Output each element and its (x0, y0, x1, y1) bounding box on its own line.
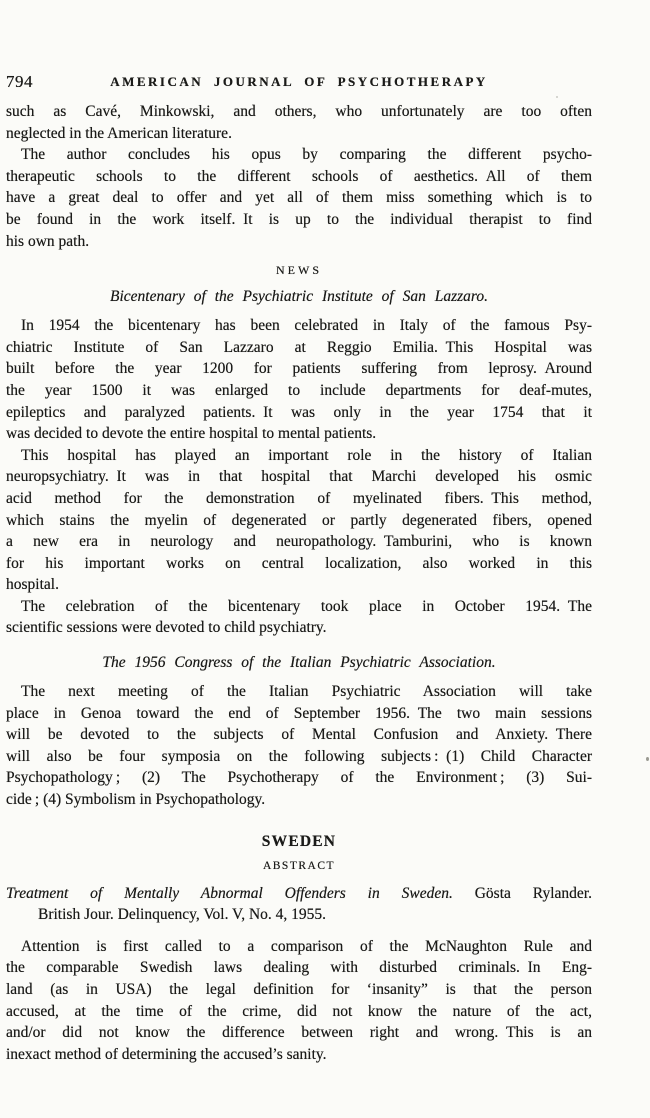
text-line: the comparable Swedish laws dealing with… (6, 957, 592, 979)
text-line: scientific sessions were devoted to chil… (6, 617, 592, 639)
text-line: epileptics and paralyzed patients. It wa… (6, 402, 592, 424)
text-line: hospital. (6, 574, 592, 596)
scan-speck (646, 757, 649, 761)
section-heading-sweden: SWEDEN (6, 831, 592, 853)
text-line: such as Cavé, Minkowski, and others, who… (6, 101, 592, 123)
text-line: The celebration of the bicentenary took … (6, 596, 592, 618)
text-line: have a great deal to offer and yet all o… (6, 187, 592, 209)
paragraph-bicentenary-2: This hospital has played an important ro… (6, 445, 592, 596)
text-line: chiatric Institute of San Lazzaro at Reg… (6, 337, 592, 359)
paragraph-author-conclusion: The author concludes his opus by compari… (6, 144, 592, 252)
reference-citation: Treatment of Mentally Abnormal Offenders… (6, 883, 592, 926)
text-line: the year 1500 it was enlarged to include… (6, 380, 592, 402)
running-head: 794 AMERICAN JOURNAL OF PSYCHOTHERAPY (6, 71, 592, 93)
text-line: his own path. (6, 231, 592, 253)
reference-line: Treatment of Mentally Abnormal Offenders… (6, 883, 592, 905)
journal-title: AMERICAN JOURNAL OF PSYCHOTHERAPY (110, 74, 488, 89)
paragraph-congress: The next meeting of the Italian Psychiat… (6, 681, 592, 811)
text-column: 794 AMERICAN JOURNAL OF PSYCHOTHERAPY su… (6, 71, 592, 1065)
paragraph-continuation: such as Cavé, Minkowski, and others, who… (6, 101, 592, 144)
article-title-bicentenary: Bicentenary of the Psychiatric Institute… (6, 286, 592, 308)
scan-speck (556, 96, 558, 98)
page-body: such as Cavé, Minkowski, and others, who… (6, 101, 592, 1065)
text-line: The next meeting of the Italian Psychiat… (6, 681, 592, 703)
page-number: 794 (6, 71, 33, 93)
reference-author: Gösta Rylander. (475, 885, 592, 902)
text-line: land (as in USA) the legal definition fo… (6, 979, 592, 1001)
text-line: cide ; (4) Symbolism in Psychopathology. (6, 789, 592, 811)
text-line: for his important works on central local… (6, 553, 592, 575)
article-title-congress: The 1956 Congress of the Italian Psychia… (6, 652, 592, 674)
paragraph-bicentenary-1: In 1954 the bicentenary has been celebra… (6, 315, 592, 445)
text-line: was decided to devote the entire hospita… (6, 423, 592, 445)
reference-source: British Jour. Delinquency, Vol. V, No. 4… (6, 904, 592, 926)
text-line: acid method for the demonstration of mye… (6, 488, 592, 510)
text-line: neuropsychiatry. It was in that hospital… (6, 466, 592, 488)
text-line: and/or did not know the difference betwe… (6, 1022, 592, 1044)
text-line: The author concludes his opus by compari… (6, 144, 592, 166)
text-line: built before the year 1200 for patients … (6, 358, 592, 380)
section-heading-news: NEWS (6, 261, 592, 279)
paragraph-bicentenary-3: The celebration of the bicentenary took … (6, 596, 592, 639)
text-line: will also be four symposia on the follow… (6, 746, 592, 768)
text-line: will be devoted to the subjects of Menta… (6, 724, 592, 746)
text-line: therapeutic schools to the different sch… (6, 166, 592, 188)
text-line: Psychopathology ; (2) The Psychotherapy … (6, 767, 592, 789)
text-line: which stains the myelin of degenerated o… (6, 510, 592, 532)
text-line: This hospital has played an important ro… (6, 445, 592, 467)
reference-title: Treatment of Mentally Abnormal Offenders… (6, 885, 453, 902)
text-line: a new era in neurology and neuropatholog… (6, 531, 592, 553)
text-line: neglected in the American literature. (6, 123, 592, 145)
section-heading-abstract: ABSTRACT (6, 858, 592, 874)
text-line: accused, at the time of the crime, did n… (6, 1001, 592, 1023)
text-line: inexact method of determining the accuse… (6, 1044, 592, 1066)
text-line: Attention is first called to a compariso… (6, 936, 592, 958)
text-line: place in Genoa toward the end of Septemb… (6, 703, 592, 725)
text-line: be found in the work itself. It is up to… (6, 209, 592, 231)
journal-page: 794 AMERICAN JOURNAL OF PSYCHOTHERAPY su… (0, 0, 650, 1118)
text-line: In 1954 the bicentenary has been celebra… (6, 315, 592, 337)
paragraph-abstract-body: Attention is first called to a compariso… (6, 936, 592, 1066)
